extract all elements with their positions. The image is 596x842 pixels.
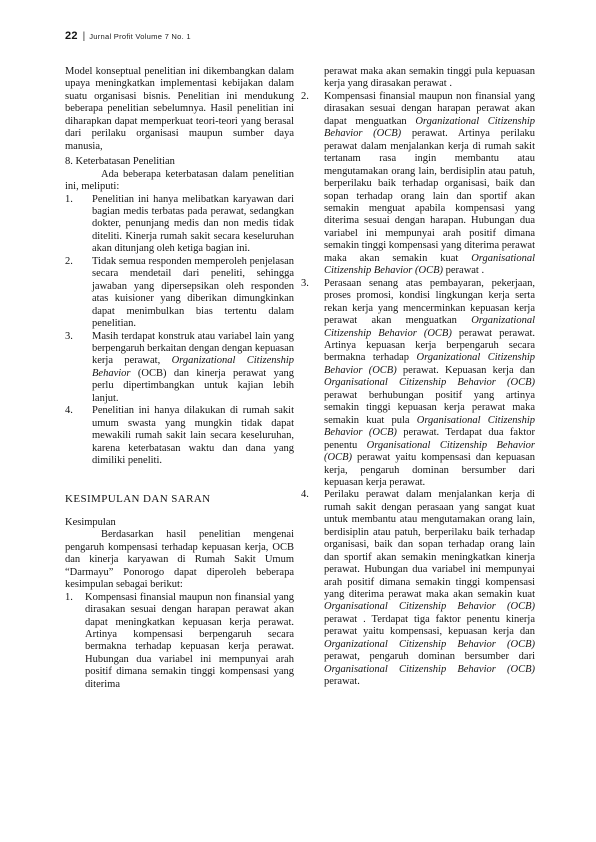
text-run: perawat yaitu kompensasi dan kepuasan ke…	[324, 452, 535, 488]
list-number: 3.	[301, 278, 324, 490]
list-item: 4.Penelitian ini hanya dilakukan di ruma…	[65, 405, 294, 467]
text-run: 8. Keterbatasan Penelitian	[65, 156, 175, 167]
page-number: 22	[65, 30, 78, 42]
left-column: Model konseptual penelitian ini dikemban…	[65, 66, 294, 691]
list-item: 2.Tidak semua responden memperoleh penje…	[65, 256, 294, 331]
paragraph: Ada beberapa keterbatasan dalam peneliti…	[65, 169, 294, 194]
text-run: perawat.	[324, 676, 360, 687]
list-item: 4.Perilaku perawat dalam menjalankan ker…	[301, 489, 535, 688]
subheading: 8. Keterbatasan Penelitian	[65, 156, 294, 168]
list-item: 3.Perasaan senang atas pembayaran, peker…	[301, 278, 535, 490]
text-run: perawat maka akan semakin tinggi pula ke…	[324, 66, 535, 89]
text-run: Penelitian ini hanya dilakukan di rumah …	[92, 405, 294, 466]
text-run: Model konseptual penelitian ini dikemban…	[65, 66, 294, 152]
header-separator: |	[83, 31, 86, 42]
list-item-text: Penelitian ini hanya dilakukan di rumah …	[92, 405, 294, 467]
list-item-text: Kompensasi finansial maupun non finansia…	[324, 91, 535, 278]
list-item: 1.Penelitian ini hanya melibatkan karyaw…	[65, 194, 294, 256]
italic-text-run: Organisational Citizenship Behavior (OCB…	[324, 601, 535, 612]
heading: KESIMPULAN DAN SARAN	[65, 493, 294, 505]
journal-page: 22 | Jurnal Profit Volume 7 No. 1 Model …	[0, 0, 596, 842]
text-run: perawat .	[443, 265, 484, 276]
list-item-text: Kompensasi finansial maupun non finansia…	[85, 592, 294, 692]
list-number: 3.	[65, 331, 92, 406]
text-run: KESIMPULAN DAN SARAN	[65, 493, 211, 505]
list-number: 4.	[65, 405, 92, 467]
list-item-text: Tidak semua responden memperoleh penjela…	[92, 256, 294, 331]
list-item: 3.Masih terdapat konstruk atau variabel …	[65, 331, 294, 406]
italic-text-run: Organisational Citizenship Behavior (OCB…	[324, 377, 535, 388]
list-item-text: Penelitian ini hanya melibatkan karyawan…	[92, 194, 294, 256]
text-run: perawat . Terdapat tiga faktor penentu k…	[324, 614, 535, 637]
text-run: Perilaku perawat dalam menjalankan kerja…	[324, 489, 535, 600]
right-column: perawat maka akan semakin tinggi pula ke…	[301, 66, 535, 691]
continuation: perawat maka akan semakin tinggi pula ke…	[324, 66, 535, 91]
paragraph: Berdasarkan hasil penelitian mengenai pe…	[65, 529, 294, 591]
journal-title: Jurnal Profit Volume 7 No. 1	[89, 32, 191, 41]
page-header: 22 | Jurnal Profit Volume 7 No. 1	[65, 30, 191, 42]
text-run: Kesimpulan	[65, 517, 116, 528]
text-run: perawat. Artinya perilaku perawat dalam …	[324, 128, 535, 264]
list-item-text: Perasaan senang atas pembayaran, pekerja…	[324, 278, 535, 490]
text-run: perawat. Kepuasan kerja dan	[397, 365, 535, 376]
two-column-layout: Model konseptual penelitian ini dikemban…	[65, 66, 535, 691]
list-item: 1.Kompensasi finansial maupun non finans…	[65, 592, 294, 692]
italic-text-run: Organizational Citizenship Behavior (OCB…	[324, 639, 535, 650]
text-run: Tidak semua responden memperoleh penjela…	[92, 256, 294, 329]
list-number: 1.	[65, 592, 85, 692]
list-number: 1.	[65, 194, 92, 256]
text-run: Penelitian ini hanya melibatkan karyawan…	[92, 194, 294, 255]
list-item: 2.Kompensasi finansial maupun non finans…	[301, 91, 535, 278]
list-number: 4.	[301, 489, 324, 688]
text-run: Berdasarkan hasil penelitian mengenai pe…	[65, 529, 294, 590]
list-item-text: Masih terdapat konstruk atau variabel la…	[92, 331, 294, 406]
list-number: 2.	[301, 91, 324, 278]
italic-text-run: Organisational Citizenship Behavior (OCB…	[324, 664, 535, 675]
text-run: Kompensasi finansial maupun non finansia…	[85, 592, 294, 690]
list-number: 2.	[65, 256, 92, 331]
list-item-text: Perilaku perawat dalam menjalankan kerja…	[324, 489, 535, 688]
subheading: Kesimpulan	[65, 517, 294, 529]
paragraph: Model konseptual penelitian ini dikemban…	[65, 66, 294, 153]
text-run: Ada beberapa keterbatasan dalam peneliti…	[65, 169, 294, 192]
text-run: perawat, pengaruh dominan bersumber dari	[324, 651, 535, 662]
